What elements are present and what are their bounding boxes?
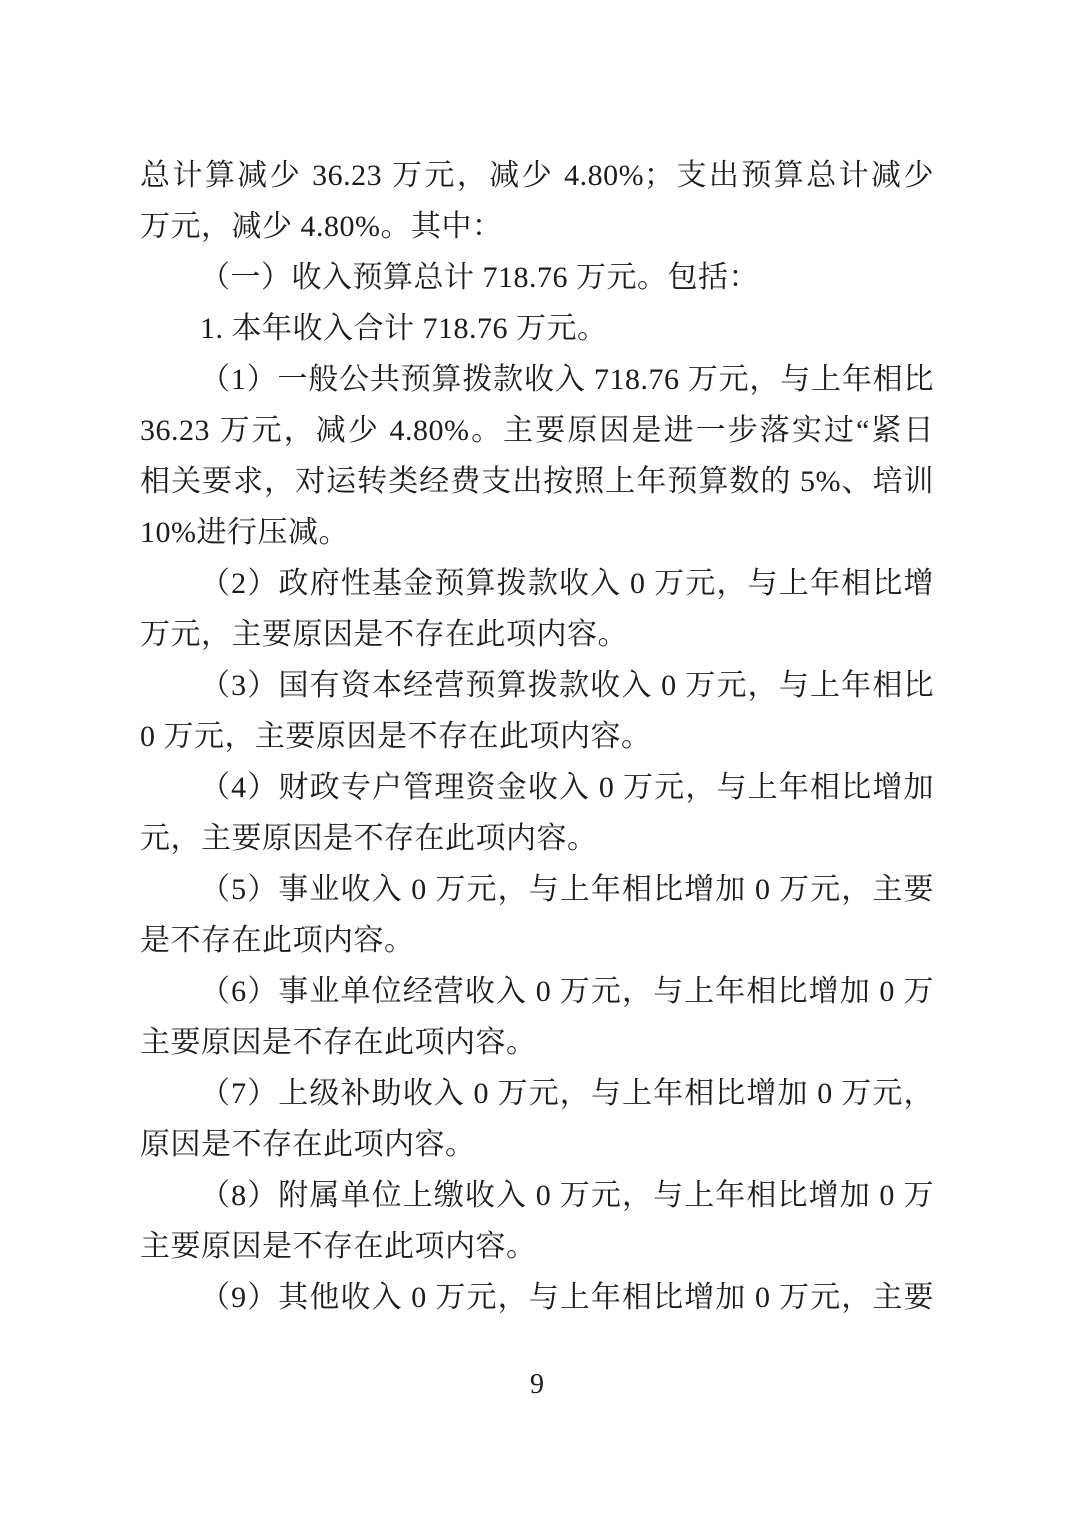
paragraph-line: 主要原因是不存在此项内容。 <box>140 1017 934 1068</box>
paragraph-line: 36.23 万元，减少 4.80%。主要原因是进一步落实过“紧日子” <box>140 405 934 456</box>
paragraph-line: 相关要求，对运转类经费支出按照上年预算数的 5%、培训费按 <box>140 456 934 507</box>
paragraph-line: （4）财政专户管理资金收入 0 万元，与上年相比增加 0 万 <box>140 762 934 813</box>
paragraph-line: 10%进行压减。 <box>140 507 934 558</box>
page-number: 9 <box>0 1368 1074 1402</box>
paragraph-line: （3）国有资本经营预算拨款收入 0 万元，与上年相比增加 <box>140 660 934 711</box>
paragraph-line: 万元，减少 4.80%。其中： <box>140 201 934 252</box>
paragraph-line: （2）政府性基金预算拨款收入 0 万元，与上年相比增加 0 <box>140 558 934 609</box>
paragraph-line: （9）其他收入 0 万元，与上年相比增加 0 万元，主要原因 <box>140 1272 934 1323</box>
paragraph-line: （一）收入预算总计 718.76 万元。包括： <box>140 252 934 303</box>
paragraph-line: 主要原因是不存在此项内容。 <box>140 1221 934 1272</box>
paragraph-line: 是不存在此项内容。 <box>140 915 934 966</box>
paragraph-line: （8）附属单位上缴收入 0 万元，与上年相比增加 0 万元， <box>140 1170 934 1221</box>
paragraph-line: 1. 本年收入合计 718.76 万元。 <box>140 303 934 354</box>
paragraph-line: 万元，主要原因是不存在此项内容。 <box>140 609 934 660</box>
paragraph-line: 原因是不存在此项内容。 <box>140 1119 934 1170</box>
paragraph-line: （5）事业收入 0 万元，与上年相比增加 0 万元，主要原因 <box>140 864 934 915</box>
paragraph-line: 元，主要原因是不存在此项内容。 <box>140 813 934 864</box>
document-body: 总计算减少 36.23 万元，减少 4.80%；支出预算总计减少 36.23 万… <box>140 150 934 1323</box>
paragraph-line: （6）事业单位经营收入 0 万元，与上年相比增加 0 万元， <box>140 966 934 1017</box>
paragraph-line: （1）一般公共预算拨款收入 718.76 万元，与上年相比减少 <box>140 354 934 405</box>
document-page: 总计算减少 36.23 万元，减少 4.80%；支出预算总计减少 36.23 万… <box>0 0 1074 1520</box>
paragraph-line: （7）上级补助收入 0 万元，与上年相比增加 0 万元，主要 <box>140 1068 934 1119</box>
paragraph-line: 总计算减少 36.23 万元，减少 4.80%；支出预算总计减少 36.23 <box>140 150 934 201</box>
paragraph-line: 0 万元，主要原因是不存在此项内容。 <box>140 711 934 762</box>
